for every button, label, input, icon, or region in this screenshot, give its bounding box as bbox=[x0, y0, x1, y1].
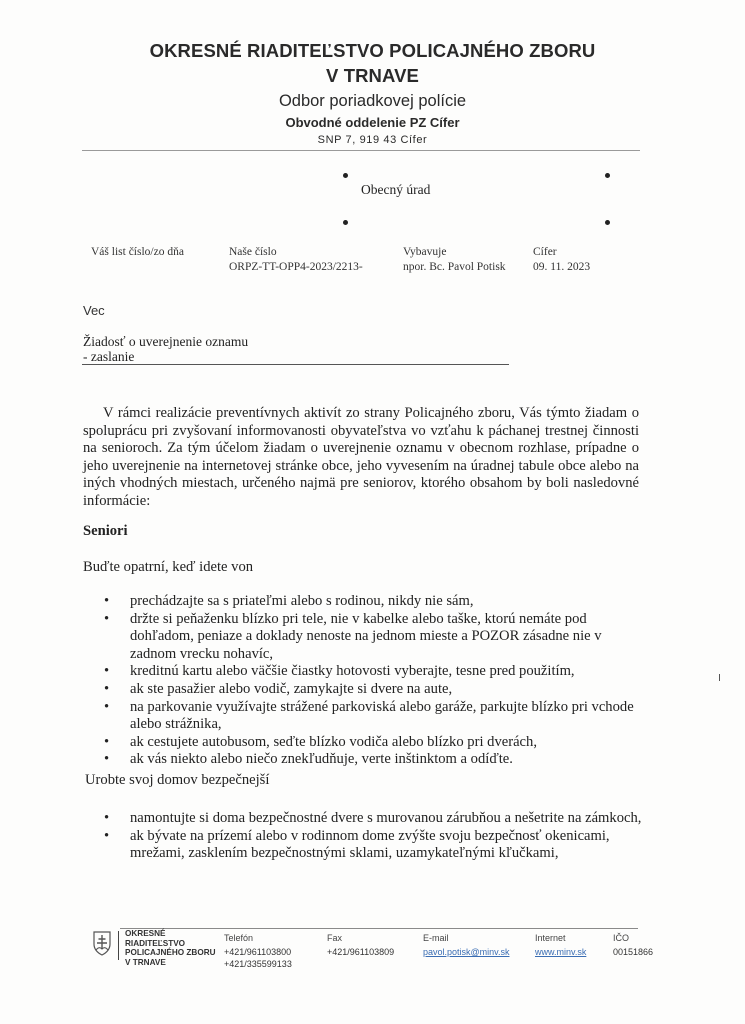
bullet-icon: • bbox=[104, 593, 109, 611]
bullet-icon: • bbox=[104, 828, 109, 846]
list-item: •ak bývate na prízemí alebo v rodinnom d… bbox=[83, 828, 643, 863]
subject-underline bbox=[82, 364, 509, 365]
footer-fax: +421/961103809 bbox=[327, 946, 394, 958]
bullet-icon: • bbox=[104, 611, 109, 629]
meta-our-number: ORPZ-TT-OPP4-2023/2213- bbox=[229, 261, 363, 273]
footer-org: OKRESNÉ RIADITEĽSTVO POLICAJNÉHO ZBORU V… bbox=[125, 929, 216, 967]
meta-handled-by: npor. Bc. Pavol Potisk bbox=[403, 261, 506, 273]
intro-paragraph: V rámci realizácie preventívnych aktivít… bbox=[83, 405, 639, 511]
group1-title: Buďte opatrní, keď idete von bbox=[83, 559, 253, 576]
section-title: Seniori bbox=[83, 523, 128, 540]
footer-separator bbox=[118, 931, 119, 960]
footer-ico-label: IČO bbox=[613, 933, 629, 943]
footer-phone-2: +421/335599133 bbox=[224, 958, 292, 970]
list-item: •namontujte si doma bezpečnostné dvere s… bbox=[83, 810, 643, 828]
unit: Obvodné oddelenie PZ Cífer bbox=[0, 115, 745, 130]
list-item: •na parkovanie využívajte strážené parko… bbox=[83, 699, 643, 734]
footer-phone-1: +421/961103800 bbox=[224, 946, 291, 958]
subject-line2: - zaslanie bbox=[83, 349, 134, 364]
group1-list: •prechádzajte sa s priateľmi alebo s rod… bbox=[83, 593, 643, 769]
footer-internet-label: Internet bbox=[535, 933, 566, 943]
intro-text: V rámci realizácie preventívnych aktivít… bbox=[83, 405, 639, 509]
slovak-coat-of-arms-icon bbox=[92, 930, 112, 956]
footer-phone-label: Telefón bbox=[224, 933, 253, 943]
bullet-icon: • bbox=[104, 699, 109, 717]
bullet-icon: • bbox=[104, 751, 109, 769]
bullet-icon: • bbox=[104, 810, 109, 828]
address-window-mark bbox=[605, 220, 610, 225]
meta-place-label: Cífer bbox=[533, 246, 557, 258]
department: Odbor poriadkovej polície bbox=[0, 92, 745, 111]
footer-fax-label: Fax bbox=[327, 933, 342, 943]
list-item: •kreditnú kartu alebo väčšie čiastky hot… bbox=[83, 663, 643, 681]
org-name-line2: V TRNAVE bbox=[0, 65, 745, 87]
meta-date: 09. 11. 2023 bbox=[533, 261, 590, 273]
footer-email-label: E-mail bbox=[423, 933, 449, 943]
recipient: Obecný úrad bbox=[361, 182, 430, 198]
bullet-icon: • bbox=[104, 681, 109, 699]
address: SNP 7, 919 43 Cífer bbox=[0, 134, 745, 146]
header-divider bbox=[82, 150, 640, 151]
footer-internet-link[interactable]: www.minv.sk bbox=[535, 946, 586, 958]
address-window-mark bbox=[605, 173, 610, 178]
bullet-icon: • bbox=[104, 734, 109, 752]
meta-our-number-label: Naše číslo bbox=[229, 246, 277, 258]
subject-line1: Žiadosť o uverejnenie oznamu bbox=[83, 334, 248, 349]
footer-email-link[interactable]: pavol.potisk@minv.sk bbox=[423, 946, 510, 958]
bullet-icon: • bbox=[104, 663, 109, 681]
address-window-mark bbox=[343, 173, 348, 178]
list-item: •prechádzajte sa s priateľmi alebo s rod… bbox=[83, 593, 643, 611]
org-name-line1: OKRESNÉ RIADITEĽSTVO POLICAJNÉHO ZBORU bbox=[0, 40, 745, 62]
subject-label: Vec bbox=[83, 303, 105, 318]
list-item: •ak cestujete autobusom, seďte blízko vo… bbox=[83, 734, 643, 752]
list-item: •ak ste pasažier alebo vodič, zamykajte … bbox=[83, 681, 643, 699]
list-item: •ak vás niekto alebo niečo znekľudňuje, … bbox=[83, 751, 643, 769]
address-window-mark bbox=[343, 220, 348, 225]
list-item: •držte si peňaženku blízko pri tele, nie… bbox=[83, 611, 643, 664]
footer-ico: 00151866 bbox=[613, 946, 653, 958]
meta-handled-by-label: Vybavuje bbox=[403, 246, 446, 258]
group2-list: •namontujte si doma bezpečnostné dvere s… bbox=[83, 810, 643, 863]
group2-title: Urobte svoj domov bezpečnejší bbox=[85, 772, 269, 789]
scan-artifact bbox=[719, 674, 720, 681]
meta-your-letter-label: Váš list číslo/zo dňa bbox=[91, 246, 184, 258]
